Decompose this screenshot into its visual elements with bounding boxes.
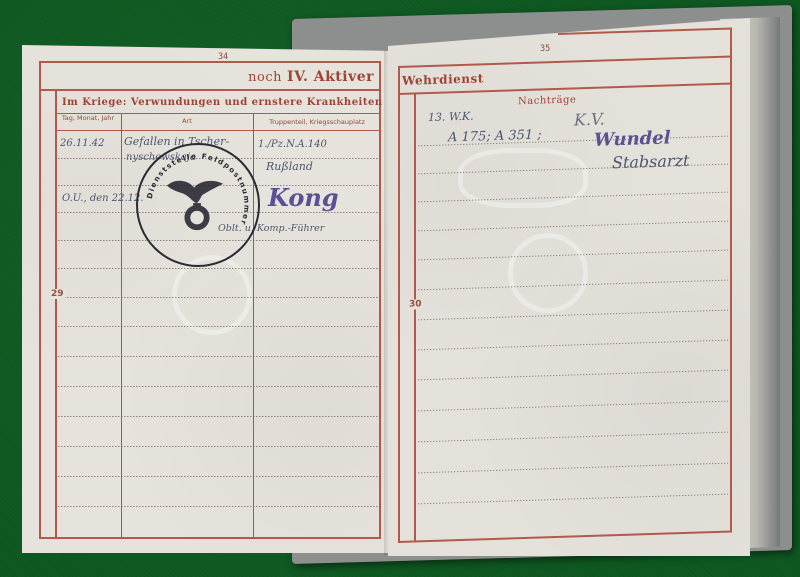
margin-number: 30 (408, 299, 423, 309)
entry-wk: 13. W.K. (428, 110, 474, 124)
column-header-date: Tag, Monat, Jahr (58, 115, 118, 122)
photo-scene: 34 noch IV. Aktiver Im Kriege: Verwundun… (0, 0, 800, 577)
doctor-signature: Wundel (594, 127, 671, 150)
column-header-truppenteil: Truppenteil, Kriegsschauplatz (254, 119, 380, 126)
margin-rule (414, 92, 416, 542)
row-rule (58, 446, 380, 447)
row-rule (58, 476, 380, 477)
frame-border (398, 56, 732, 543)
column-header-art: Art (122, 118, 252, 125)
margin-rule (55, 89, 57, 539)
entry-date: 26.11.42 (60, 138, 105, 149)
row-rule (58, 268, 380, 269)
eagle-emblem-icon (167, 181, 223, 230)
top-right-rule (730, 28, 732, 58)
entry-initials: K.V. (574, 109, 605, 129)
row-rule (58, 386, 380, 387)
entry-codes: A 175; A 351 ; (448, 127, 542, 145)
entry-truppenteil-line2: Rußland (266, 160, 313, 173)
doctor-rank: Stabsarzt (612, 151, 689, 172)
commander-signature: Kong (268, 183, 339, 212)
outer-frame (39, 61, 381, 539)
header-prefix: noch (248, 70, 282, 85)
left-page: 34 noch IV. Aktiver Im Kriege: Verwundun… (22, 45, 394, 553)
right-page: 35 Wehrdienst Nachträge 30 1 (388, 18, 750, 556)
header-title: noch IV. Aktiver (248, 69, 374, 85)
row-rule (58, 356, 380, 357)
stamp-ring-text: Dienststelle Feldpostnummer (138, 145, 258, 265)
column-head-rule (57, 130, 381, 131)
entry-truppenteil: 1./Pz.N.A.140 (258, 139, 327, 150)
header-main: IV. Aktiver (287, 69, 374, 85)
header-rule (39, 89, 381, 91)
section-title: Nachträge (518, 94, 576, 107)
entry-place-date: O.U., den 22.12. (62, 193, 144, 204)
outer-frame: Wehrdienst Nachträge 30 13. W.K. A 175; … (398, 28, 732, 543)
row-rule (58, 297, 380, 298)
row-rule (58, 506, 380, 507)
official-stamp: Dienststelle Feldpostnummer (136, 143, 260, 267)
row-rule (58, 326, 380, 327)
row-rule (58, 416, 380, 417)
header-title: Wehrdienst (402, 71, 484, 88)
section-title: Im Kriege: Verwundungen und ernstere Kra… (62, 97, 383, 108)
margin-number: 29 (50, 289, 65, 299)
